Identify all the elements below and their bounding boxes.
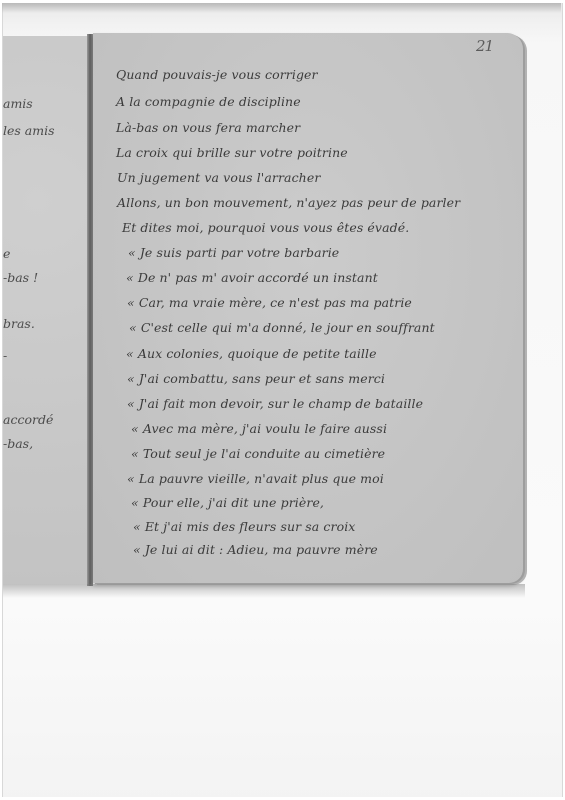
left-page-fragment: e [3,246,10,261]
text-line: Et dites moi, pourquoi vous vous êtes év… [122,220,409,235]
text-line: « La pauvre vieille, n'avait plus que mo… [127,471,384,486]
text-line: « Je suis parti par votre barbarie [128,245,339,260]
text-line: « Tout seul je l'ai conduite au cimetièr… [131,446,385,461]
scanner-shadow-top [2,3,561,13]
text-line: « Aux colonies, quoique de petite taille [126,346,377,361]
left-page-fragment: accordé [3,412,53,427]
text-line: « Avec ma mère, j'ai voulu le faire auss… [131,421,387,436]
text-line: « De n' pas m' avoir accordé un instant [126,270,378,285]
text-line: « J'ai fait mon devoir, sur le champ de … [127,396,423,411]
text-line: Un jugement va vous l'arracher [117,170,320,185]
left-page-fragment: -bas ! [3,270,38,285]
text-line: La croix qui brille sur votre poitrine [116,145,348,160]
text-line: « Je lui ai dit : Adieu, ma pauvre mère [133,542,378,557]
left-page-fragment: amis [3,96,33,111]
left-page-fragment: -bas, [3,436,33,451]
page-number: 21 [476,37,493,55]
text-line: « J'ai combattu, sans peur et sans merci [127,371,385,386]
text-line: Allons, un bon mouvement, n'ayez pas peu… [117,195,460,210]
text-line: « Car, ma vraie mère, ce n'est pas ma pa… [127,295,412,310]
text-line: Là-bas on vous fera marcher [116,120,300,135]
text-line: « Pour elle, j'ai dit une prière, [131,495,324,510]
left-notebook-page: amis les amis e -bas ! bras. - accordé -… [3,36,89,584]
text-line: « Et j'ai mis des fleurs sur sa croix [133,519,355,534]
left-page-fragment: bras. [3,316,35,331]
left-page-fragment: les amis [3,123,55,138]
text-line: « C'est celle qui m'a donné, le jour en … [129,320,435,335]
left-page-fragment: - [3,348,7,363]
text-line: A la compagnie de discipline [116,94,301,109]
page-bottom-shadow [3,584,525,598]
text-line: Quand pouvais-je vous corriger [116,67,318,82]
